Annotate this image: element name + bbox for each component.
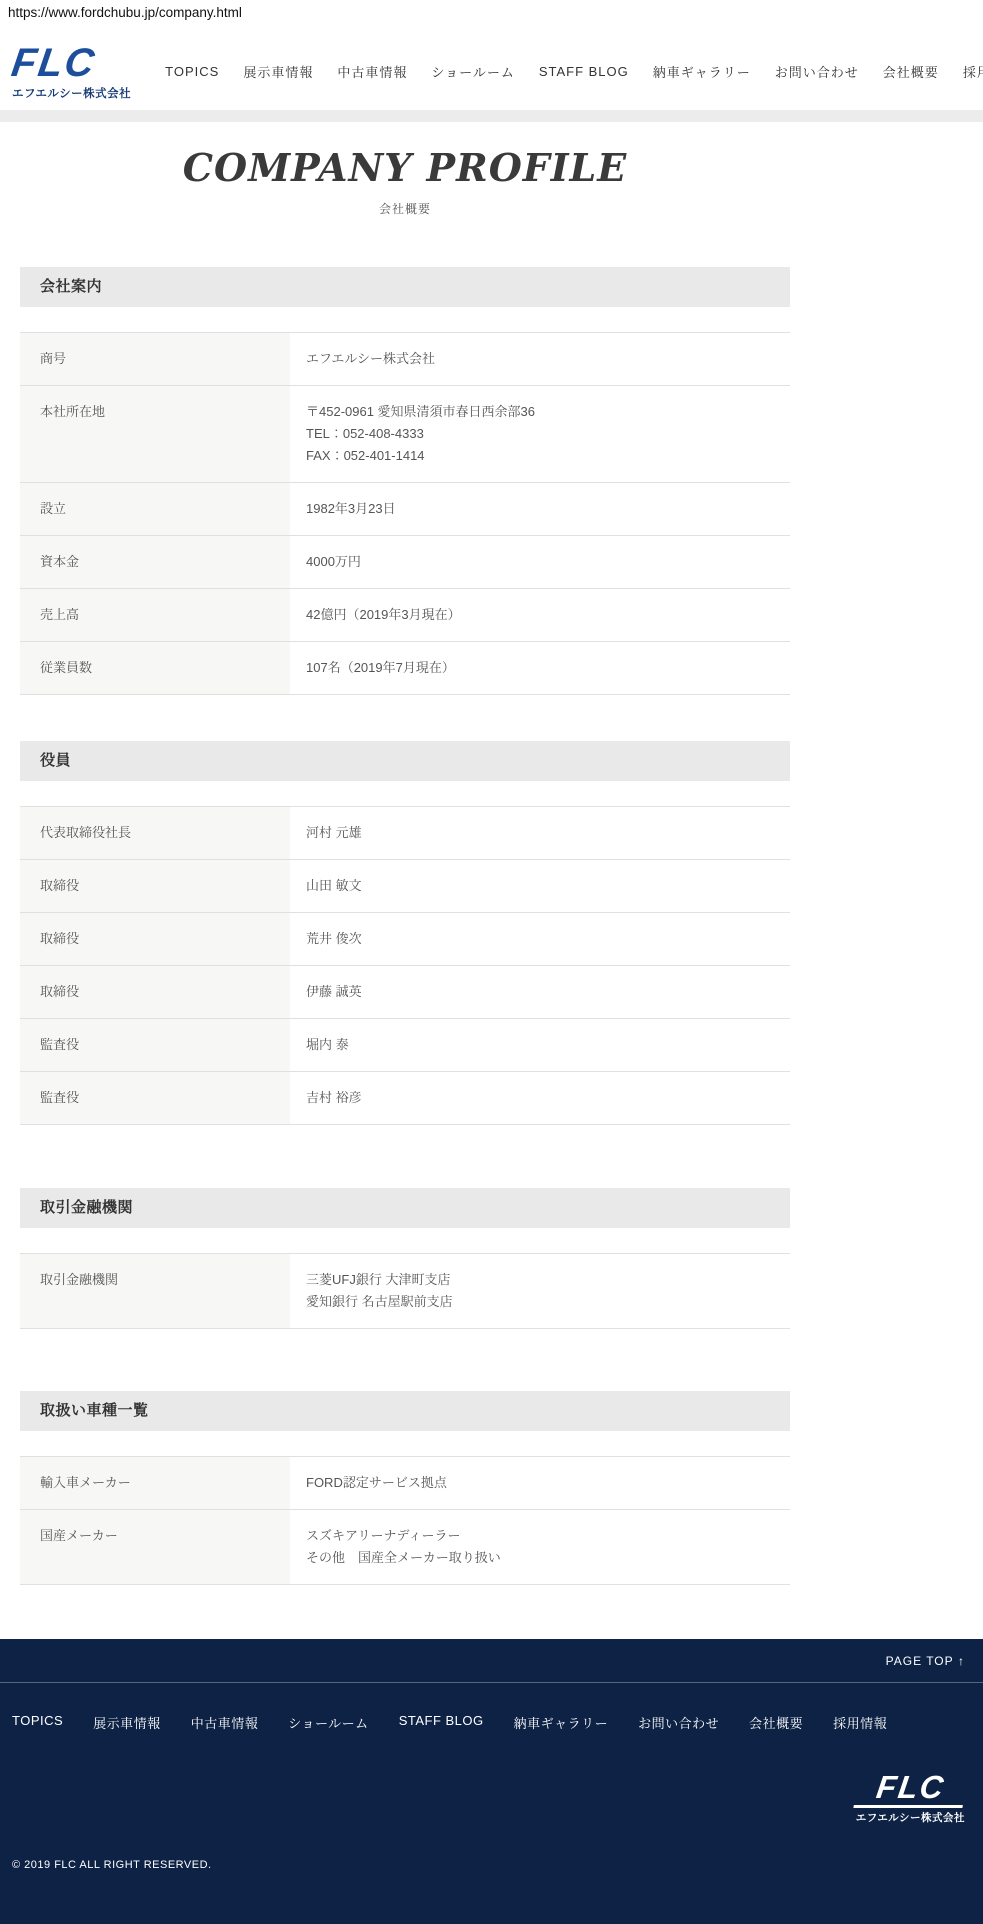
footer-nav-link-delivery-gallery[interactable]: 納車ギャラリー [514, 1713, 609, 1732]
section-company-info: 会社案内商号エフエルシー株式会社本社所在地〒452-0961 愛知県清須市春日西… [20, 267, 790, 695]
row-value: 〒452-0961 愛知県清須市春日西余部36TEL：052-408-4333F… [290, 386, 790, 482]
footer-logo: FLC エフエルシー株式会社 [856, 1771, 965, 1825]
footer-nav-link-contact[interactable]: お問い合わせ [638, 1713, 719, 1732]
row-value-line: スズキアリーナディーラー [306, 1525, 780, 1547]
row-value: エフエルシー株式会社 [290, 333, 790, 385]
row-value-line: 三菱UFJ銀行 大津町支店 [306, 1269, 780, 1291]
row-label: 監査役 [20, 1072, 290, 1124]
page-top-link[interactable]: PAGE TOP ↑ [886, 1654, 965, 1668]
table-row: 取引金融機関三菱UFJ銀行 大津町支店愛知銀行 名古屋駅前支店 [20, 1253, 790, 1329]
row-value: 山田 敏文 [290, 860, 790, 912]
footer-nav-link-staff-blog[interactable]: STAFF BLOG [399, 1713, 484, 1732]
nav-link-contact[interactable]: お問い合わせ [775, 62, 859, 81]
footer-top-strip: PAGE TOP ↑ [0, 1639, 983, 1683]
table-row: 資本金4000万円 [20, 535, 790, 588]
nav-link-topics[interactable]: TOPICS [165, 64, 219, 79]
table-row: 従業員数107名（2019年7月現在） [20, 641, 790, 695]
info-table-car-lineup: 輸入車メーカーFORD認定サービス拠点国産メーカースズキアリーナディーラーその他… [20, 1456, 790, 1585]
page-title-block: COMPANY PROFILE 会社概要 [20, 122, 790, 267]
row-value: 三菱UFJ銀行 大津町支店愛知銀行 名古屋駅前支店 [290, 1254, 790, 1328]
page-subtitle: 会社概要 [20, 200, 790, 217]
row-label: 従業員数 [20, 642, 290, 694]
row-value: 1982年3月23日 [290, 483, 790, 535]
footer-nav-link-display-cars[interactable]: 展示車情報 [93, 1713, 161, 1732]
section-officers: 役員代表取締役社長河村 元雄取締役山田 敏文取締役荒井 俊次取締役伊藤 誠英監査… [20, 741, 790, 1125]
row-label: 取締役 [20, 966, 290, 1018]
info-table-officers: 代表取締役社長河村 元雄取締役山田 敏文取締役荒井 俊次取締役伊藤 誠英監査役堀… [20, 806, 790, 1125]
row-value-line: 1982年3月23日 [306, 498, 780, 520]
row-label: 商号 [20, 333, 290, 385]
row-label: 国産メーカー [20, 1510, 290, 1584]
page-title: COMPANY PROFILE [20, 144, 790, 192]
row-label: 取締役 [20, 913, 290, 965]
row-value-line: 愛知銀行 名古屋駅前支店 [306, 1291, 780, 1313]
section-heading-car-lineup: 取扱い車種一覧 [20, 1391, 790, 1431]
nav-link-showroom[interactable]: ショールーム [431, 62, 514, 81]
row-value-line: 山田 敏文 [306, 875, 780, 897]
copyright-text: © 2019 FLC ALL RIGHT RESERVED. [12, 1859, 212, 1871]
nav-link-company[interactable]: 会社概要 [883, 62, 939, 81]
row-value-line: 〒452-0961 愛知県清須市春日西余部36 [306, 401, 780, 423]
nav-link-display-cars[interactable]: 展示車情報 [243, 62, 313, 81]
table-row: 売上高42億円（2019年3月現在） [20, 588, 790, 641]
row-value-line: 4000万円 [306, 551, 780, 573]
row-value: FORD認定サービス拠点 [290, 1457, 790, 1509]
flc-logo-subtext: エフエルシー株式会社 [12, 85, 131, 101]
row-value-line: エフエルシー株式会社 [306, 348, 780, 370]
footer-nav-link-showroom[interactable]: ショールーム [288, 1713, 368, 1732]
row-value: 42億円（2019年3月現在） [290, 589, 790, 641]
row-value-line: 荒井 俊次 [306, 928, 780, 950]
row-value: 伊藤 誠英 [290, 966, 790, 1018]
row-value-line: 河村 元雄 [306, 822, 780, 844]
table-row: 設立1982年3月23日 [20, 482, 790, 535]
table-row: 取締役伊藤 誠英 [20, 965, 790, 1018]
header-nav: TOPICS展示車情報中古車情報ショールームSTAFF BLOG納車ギャラリーお… [165, 62, 983, 81]
row-label: 本社所在地 [20, 386, 290, 482]
nav-link-used-cars[interactable]: 中古車情報 [337, 62, 407, 81]
browser-url-caption: https://www.fordchubu.jp/company.html [0, 0, 983, 33]
nav-link-delivery-gallery[interactable]: 納車ギャラリー [653, 62, 751, 81]
page-top-label: PAGE TOP [886, 1654, 954, 1668]
row-label: 設立 [20, 483, 290, 535]
arrow-up-icon: ↑ [958, 1654, 965, 1668]
row-label: 売上高 [20, 589, 290, 641]
table-row: 取締役山田 敏文 [20, 859, 790, 912]
footer-nav-link-used-cars[interactable]: 中古車情報 [191, 1713, 259, 1732]
table-row: 商号エフエルシー株式会社 [20, 332, 790, 385]
row-label: 輸入車メーカー [20, 1457, 290, 1509]
row-value-line: 堀内 泰 [306, 1034, 780, 1056]
flc-logo-mark: FLC [853, 1771, 967, 1808]
info-table-banks: 取引金融機関三菱UFJ銀行 大津町支店愛知銀行 名古屋駅前支店 [20, 1253, 790, 1329]
nav-link-staff-blog[interactable]: STAFF BLOG [539, 64, 629, 79]
section-car-lineup: 取扱い車種一覧輸入車メーカーFORD認定サービス拠点国産メーカースズキアリーナデ… [20, 1391, 790, 1585]
row-label: 取引金融機関 [20, 1254, 290, 1328]
row-label: 取締役 [20, 860, 290, 912]
row-value: 4000万円 [290, 536, 790, 588]
flc-logo-subtext: エフエルシー株式会社 [856, 1810, 965, 1825]
row-label: 資本金 [20, 536, 290, 588]
section-banks: 取引金融機関取引金融機関三菱UFJ銀行 大津町支店愛知銀行 名古屋駅前支店 [20, 1188, 790, 1329]
row-value: 吉村 裕彦 [290, 1072, 790, 1124]
row-value: スズキアリーナディーラーその他 国産全メーカー取り扱い [290, 1510, 790, 1584]
table-row: 代表取締役社長河村 元雄 [20, 806, 790, 859]
row-label: 監査役 [20, 1019, 290, 1071]
row-value-line: 107名（2019年7月現在） [306, 657, 780, 679]
row-value: 河村 元雄 [290, 807, 790, 859]
table-row: 監査役吉村 裕彦 [20, 1071, 790, 1125]
row-value-line: FORD認定サービス拠点 [306, 1472, 780, 1494]
table-row: 取締役荒井 俊次 [20, 912, 790, 965]
table-row: 輸入車メーカーFORD認定サービス拠点 [20, 1456, 790, 1509]
footer-nav-link-company[interactable]: 会社概要 [749, 1713, 803, 1732]
main-content: 会社案内商号エフエルシー株式会社本社所在地〒452-0961 愛知県清須市春日西… [20, 267, 790, 1585]
section-heading-banks: 取引金融機関 [20, 1188, 790, 1228]
flc-logo-mark: FLC [9, 43, 134, 83]
row-value-line: 42億円（2019年3月現在） [306, 604, 780, 626]
row-value: 荒井 俊次 [290, 913, 790, 965]
table-row: 本社所在地〒452-0961 愛知県清須市春日西余部36TEL：052-408-… [20, 385, 790, 482]
footer-nav: TOPICS展示車情報中古車情報ショールームSTAFF BLOG納車ギャラリーお… [0, 1683, 983, 1732]
site-footer: PAGE TOP ↑ TOPICS展示車情報中古車情報ショールームSTAFF B… [0, 1639, 983, 1924]
site-header: FLC エフエルシー株式会社 TOPICS展示車情報中古車情報ショールームSTA… [0, 33, 983, 110]
footer-nav-link-topics[interactable]: TOPICS [12, 1713, 63, 1732]
table-row: 国産メーカースズキアリーナディーラーその他 国産全メーカー取り扱い [20, 1509, 790, 1585]
row-label: 代表取締役社長 [20, 807, 290, 859]
row-value: 107名（2019年7月現在） [290, 642, 790, 694]
section-heading-company-info: 会社案内 [20, 267, 790, 307]
footer-nav-link-recruit[interactable]: 採用情報 [833, 1713, 887, 1732]
row-value: 堀内 泰 [290, 1019, 790, 1071]
table-row: 監査役堀内 泰 [20, 1018, 790, 1071]
nav-link-recruit[interactable]: 採用情報 [963, 62, 983, 81]
row-value-line: その他 国産全メーカー取り扱い [306, 1547, 780, 1569]
info-table-company-info: 商号エフエルシー株式会社本社所在地〒452-0961 愛知県清須市春日西余部36… [20, 332, 790, 695]
row-value-line: FAX：052-401-1414 [306, 445, 780, 467]
row-value-line: 伊藤 誠英 [306, 981, 780, 1003]
header-separator-band [0, 110, 983, 122]
section-heading-officers: 役員 [20, 741, 790, 781]
row-value-line: TEL：052-408-4333 [306, 423, 780, 445]
row-value-line: 吉村 裕彦 [306, 1087, 780, 1109]
header-logo[interactable]: FLC エフエルシー株式会社 [12, 43, 131, 101]
